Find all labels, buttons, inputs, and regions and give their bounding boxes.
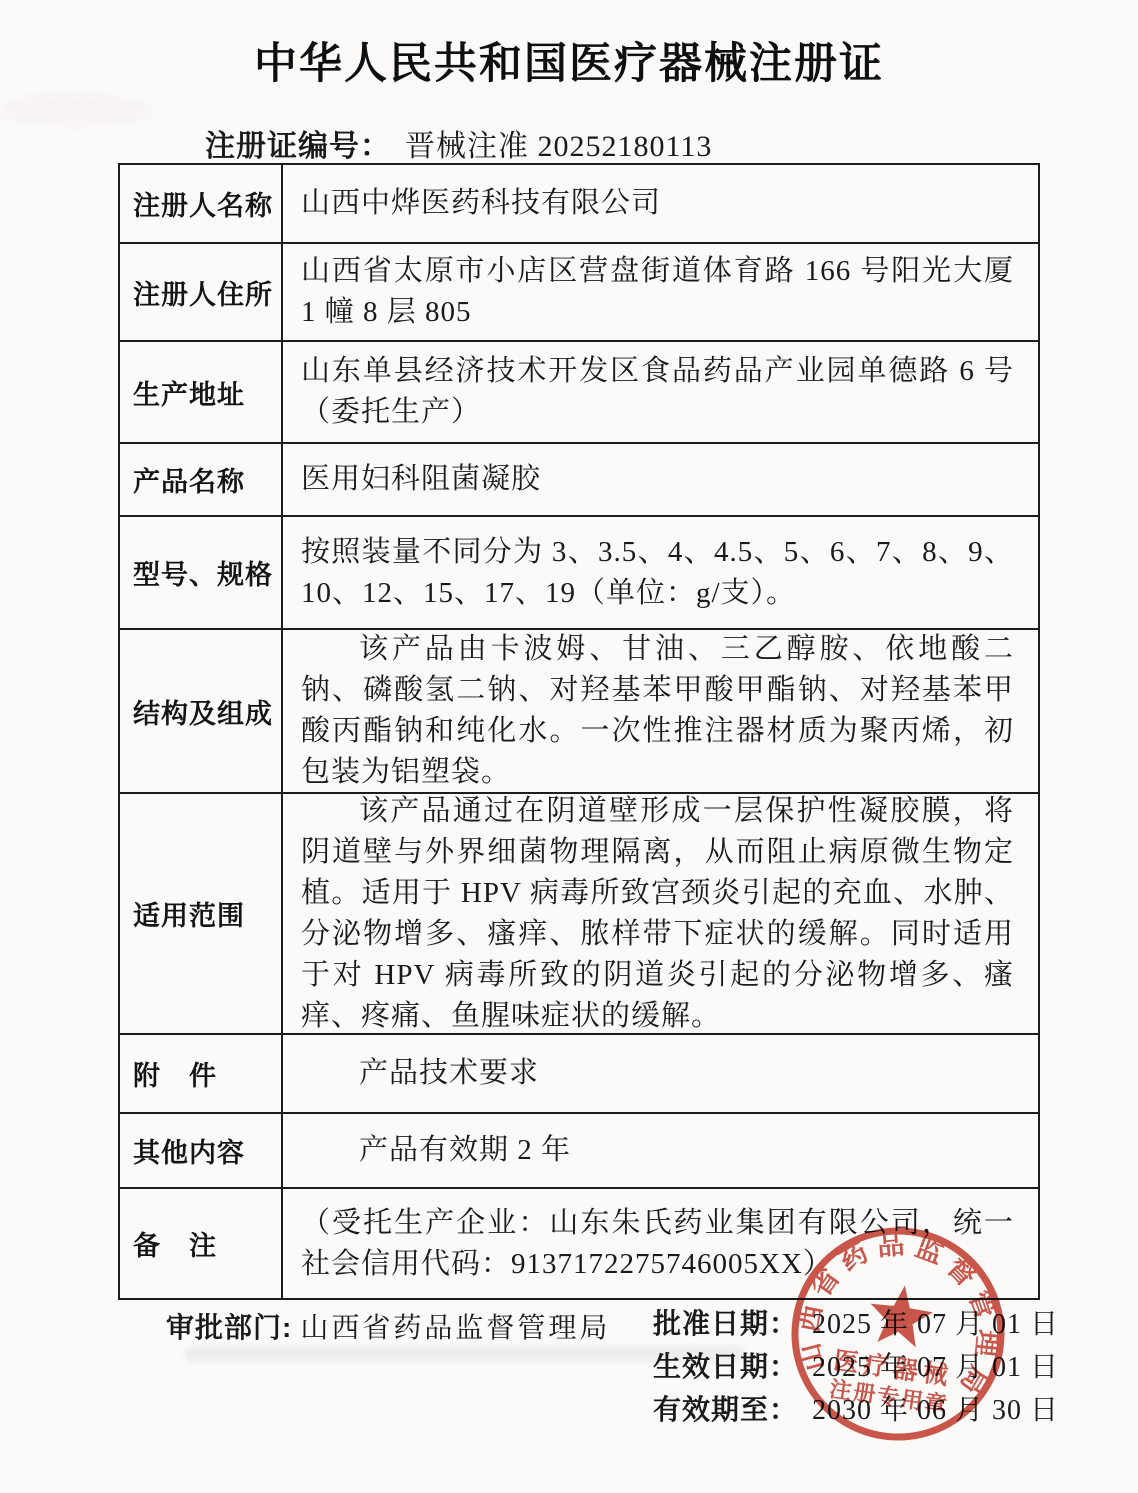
- row-label: 适用范围: [120, 794, 283, 1033]
- expiry-date-label: 有效期至：: [653, 1388, 798, 1428]
- table-row-scope-of-application: 适用范围 该产品通过在阴道壁形成一层保护性凝胶膜，将阴道壁与外界细菌物理隔离，从…: [120, 794, 1038, 1035]
- row-content: 山东单县经济技术开发区食品药品产业园单德路 6 号（委托生产）: [301, 351, 1014, 433]
- registration-number-label: 注册证编号：: [205, 130, 391, 163]
- row-content: 该产品由卡波姆、甘油、三乙醇胺、依地酸二钠、磷酸氢二钠、对羟基苯甲酸甲酯钠、对羟…: [301, 629, 1014, 793]
- approval-date-label: 批准日期：: [653, 1302, 798, 1342]
- row-label: 备 注: [120, 1189, 283, 1298]
- row-label: 结构及组成: [120, 630, 283, 792]
- table-row-attachment: 附 件 产品技术要求: [120, 1035, 1038, 1114]
- effective-date-line: 生效日期：2025 年 07 月 01 日: [653, 1343, 1059, 1386]
- registration-number-value: 晋械注准 20252180113: [405, 130, 712, 163]
- table-row-other-content: 其他内容 产品有效期 2 年: [120, 1114, 1038, 1189]
- registration-number-line: 注册证编号：晋械注准 20252180113: [205, 121, 712, 165]
- row-content: 产品有效期 2 年: [301, 1130, 1014, 1171]
- expiry-date-value: 2030 年 06 月 30 日: [812, 1388, 1059, 1428]
- row-label: 生产地址: [120, 342, 283, 442]
- table-row-model-spec: 型号、规格 按照装量不同分为 3、3.5、4、4.5、5、6、7、8、9、10、…: [120, 517, 1038, 630]
- row-label: 型号、规格: [120, 517, 283, 628]
- effective-date-value: 2025 年 07 月 01 日: [812, 1345, 1059, 1385]
- table-row-product-name: 产品名称 医用妇科阻菌凝胶: [120, 444, 1038, 517]
- row-content: （受托生产企业：山东朱氏药业集团有限公司，统一社会信用代码：9137172275…: [301, 1203, 1014, 1285]
- row-label: 产品名称: [120, 444, 283, 515]
- row-label: 附 件: [120, 1035, 283, 1112]
- row-content: 山西中烨医药科技有限公司: [301, 183, 1014, 224]
- row-content: 该产品通过在阴道壁形成一层保护性凝胶膜，将阴道壁与外界细菌物理隔离，从而阻止病原…: [301, 791, 1014, 1037]
- row-content: 按照装量不同分为 3、3.5、4、4.5、5、6、7、8、9、10、12、15、…: [301, 532, 1014, 614]
- row-content: 产品技术要求: [301, 1053, 1014, 1094]
- row-content: 医用妇科阻菌凝胶: [301, 459, 1014, 500]
- row-content: 山西省太原市小店区营盘街道体育路 166 号阳光大厦 1 幢 8 层 805: [301, 251, 1014, 333]
- page-title: 中华人民共和国医疗器械注册证: [0, 30, 1138, 91]
- table-row-registrant-address: 注册人住所 山西省太原市小店区营盘街道体育路 166 号阳光大厦 1 幢 8 层…: [120, 244, 1038, 342]
- approval-department-label: 审批部门:: [166, 1312, 292, 1343]
- row-label: 其他内容: [120, 1114, 283, 1187]
- row-label: 注册人住所: [120, 244, 283, 340]
- table-row-remarks: 备 注 （受托生产企业：山东朱氏药业集团有限公司，统一社会信用代码：913717…: [120, 1189, 1038, 1298]
- table-row-structure-composition: 结构及组成 该产品由卡波姆、甘油、三乙醇胺、依地酸二钠、磷酸氢二钠、对羟基苯甲酸…: [120, 630, 1038, 794]
- approval-department-value: 山西省药品监督管理局: [300, 1313, 610, 1344]
- table-row-registrant-name: 注册人名称 山西中烨医药科技有限公司: [120, 165, 1038, 244]
- approval-date-line: 批准日期：2025 年 07 月 01 日: [653, 1300, 1059, 1343]
- row-label: 注册人名称: [120, 165, 283, 242]
- approval-department-line: 审批部门:山西省药品监督管理局: [166, 1306, 610, 1346]
- registration-table: 注册人名称 山西中烨医药科技有限公司 注册人住所 山西省太原市小店区营盘街道体育…: [118, 163, 1040, 1300]
- dates-block: 批准日期：2025 年 07 月 01 日 生效日期：2025 年 07 月 0…: [653, 1300, 1059, 1429]
- effective-date-label: 生效日期：: [653, 1345, 798, 1385]
- expiry-date-line: 有效期至：2030 年 06 月 30 日: [653, 1386, 1059, 1429]
- approval-date-value: 2025 年 07 月 01 日: [812, 1302, 1059, 1342]
- certificate-page: 中华人民共和国医疗器械注册证 注册证编号：晋械注准 20252180113 注册…: [0, 0, 1138, 1493]
- table-row-production-address: 生产地址 山东单县经济技术开发区食品药品产业园单德路 6 号（委托生产）: [120, 342, 1038, 444]
- scan-smudge: [0, 95, 150, 125]
